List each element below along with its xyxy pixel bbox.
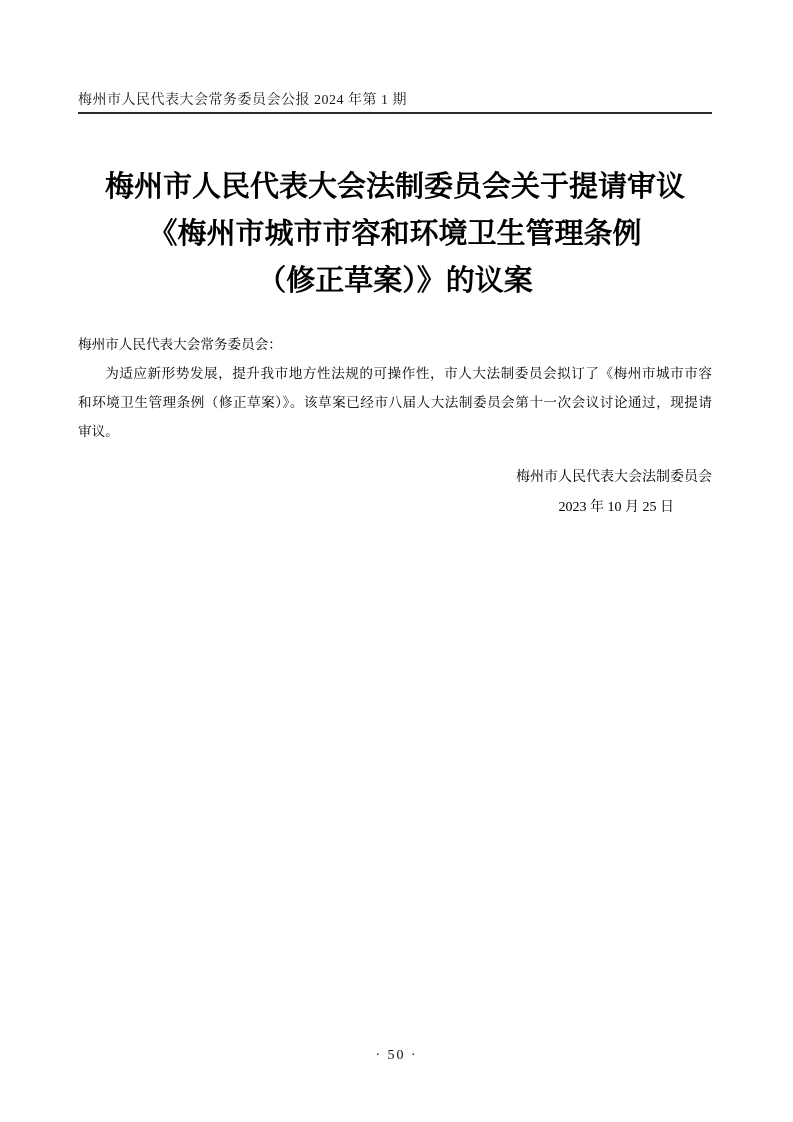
gazette-running-header: 梅州市人民代表大会常务委员会公报 2024 年第 1 期 — [78, 92, 712, 110]
paragraph-line-3: 审议。 — [78, 417, 712, 446]
title-line-1: 梅州市人民代表大会法制委员会关于提请审议 — [78, 164, 712, 211]
salutation-line: 梅州市人民代表大会常务委员会： — [78, 330, 712, 359]
page-header: 梅州市人民代表大会常务委员会公报 2024 年第 1 期 — [78, 92, 712, 114]
title-line-2: 《梅州市城市市容和环境卫生管理条例 — [78, 211, 712, 258]
document-title: 梅州市人民代表大会法制委员会关于提请审议 《梅州市城市市容和环境卫生管理条例 （… — [78, 164, 712, 305]
document-body: 梅州市人民代表大会常务委员会： 为适应新形势发展，提升我市地方性法规的可操作性，… — [78, 330, 712, 446]
paragraph-line-2: 和环境卫生管理条例（修正草案）》。该草案已经市八届人大法制委员会第十一次会议讨论… — [78, 388, 712, 417]
document-page: 梅州市人民代表大会常务委员会公报 2024 年第 1 期 梅州市人民代表大会法制… — [0, 0, 793, 1122]
page-number: · 50 · — [375, 1048, 417, 1063]
signature-block: 梅州市人民代表大会法制委员会 2023 年 10 月 25 日 — [78, 463, 712, 523]
signature-organization: 梅州市人民代表大会法制委员会 — [78, 463, 712, 493]
header-divider-rule — [78, 112, 712, 114]
paragraph-line-1: 为适应新形势发展，提升我市地方性法规的可操作性，市人大法制委员会拟订了《梅州市城… — [78, 359, 712, 388]
signature-date: 2023 年 10 月 25 日 — [78, 493, 712, 523]
page-footer: · 50 · — [0, 1048, 793, 1064]
title-line-3: （修正草案）》的议案 — [78, 258, 712, 305]
